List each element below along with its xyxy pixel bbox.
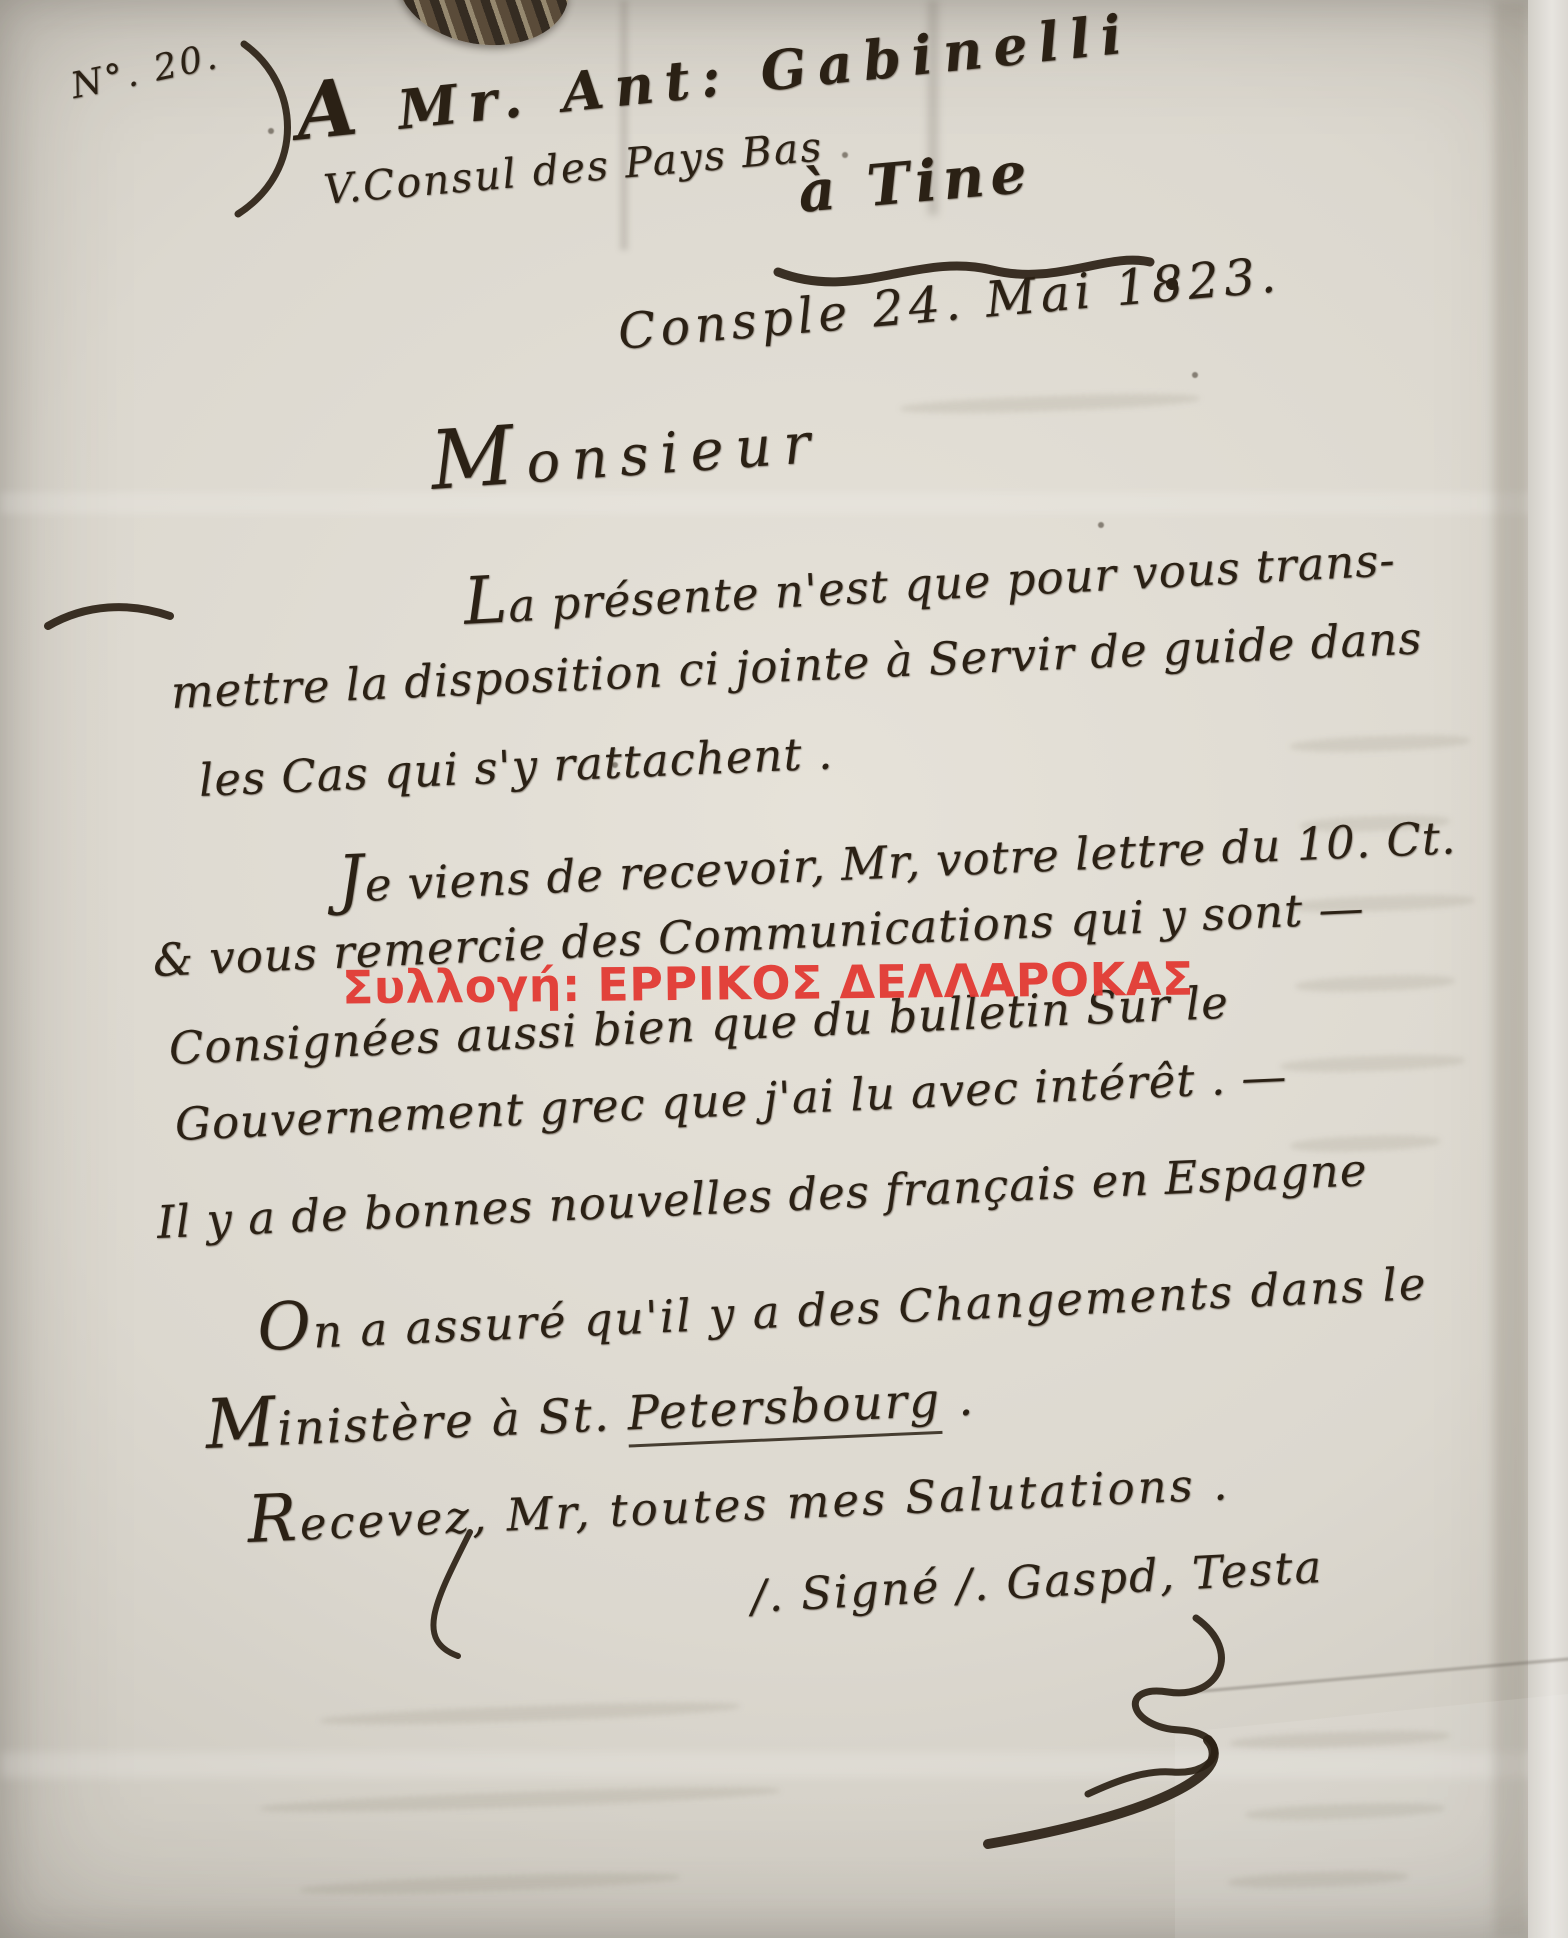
body-line: mettre la disposition ci jointe à Servir…	[170, 615, 1423, 715]
ministry-line-prefix: Ministère à St.	[205, 1387, 629, 1460]
ministry-line: Ministère à St. Petersbourg .	[204, 1358, 976, 1460]
closing-line: Recevez, Mr, toutes mes Salutations .	[246, 1445, 1231, 1553]
signature-line: /. Signé /. Gaspd, Testa	[750, 1544, 1324, 1619]
collection-watermark: Συλλογή: ΕΡΡΙΚΟΣ ΔΕΛΛΑΡΟΚΑΣ	[342, 952, 1194, 1015]
ministry-line-underlined: Petersbourg	[626, 1373, 942, 1448]
ministry-line-suffix: .	[940, 1371, 976, 1427]
ink-bleed-through	[900, 391, 1200, 416]
recipient-line-1: A Mr. Ant: Gabinelli	[292, 0, 1135, 152]
paper-crease	[620, 0, 628, 250]
margin-stroke	[48, 607, 170, 626]
ink-bleed-through	[300, 1869, 680, 1897]
ink-spot	[268, 128, 274, 134]
ink-bleed-through	[1290, 733, 1470, 754]
dateline: Consple 24. Mai 1823.	[616, 250, 1282, 357]
ink-bleed-through	[260, 1783, 780, 1816]
ref-number: N°. 20.	[68, 39, 223, 106]
closing-descender-flourish	[433, 1532, 470, 1656]
paper-crease	[0, 492, 1568, 514]
letter-photo: N°. 20. A Mr. Ant: Gabinelli V.Consul de…	[0, 0, 1568, 1938]
ink-bleed-through	[320, 1699, 740, 1729]
ink-spot	[1098, 522, 1104, 528]
place-line: à Tine	[796, 144, 1035, 221]
body-line: les Cas qui s'y rattachent .	[198, 730, 834, 803]
page-edge	[1528, 0, 1568, 1938]
ink-bleed-through	[1280, 1053, 1465, 1074]
page-edge-shadow	[1494, 0, 1528, 1938]
body-line: Il y a de bonnes nouvelles des français …	[156, 1147, 1368, 1245]
body-line: On a assuré qu'il y a des Changements da…	[256, 1245, 1428, 1361]
ref-bracket-flourish	[238, 44, 288, 214]
salutation: Monsieur	[428, 395, 824, 503]
ink-spot	[1192, 372, 1198, 378]
ink-bleed-through	[1295, 973, 1455, 994]
